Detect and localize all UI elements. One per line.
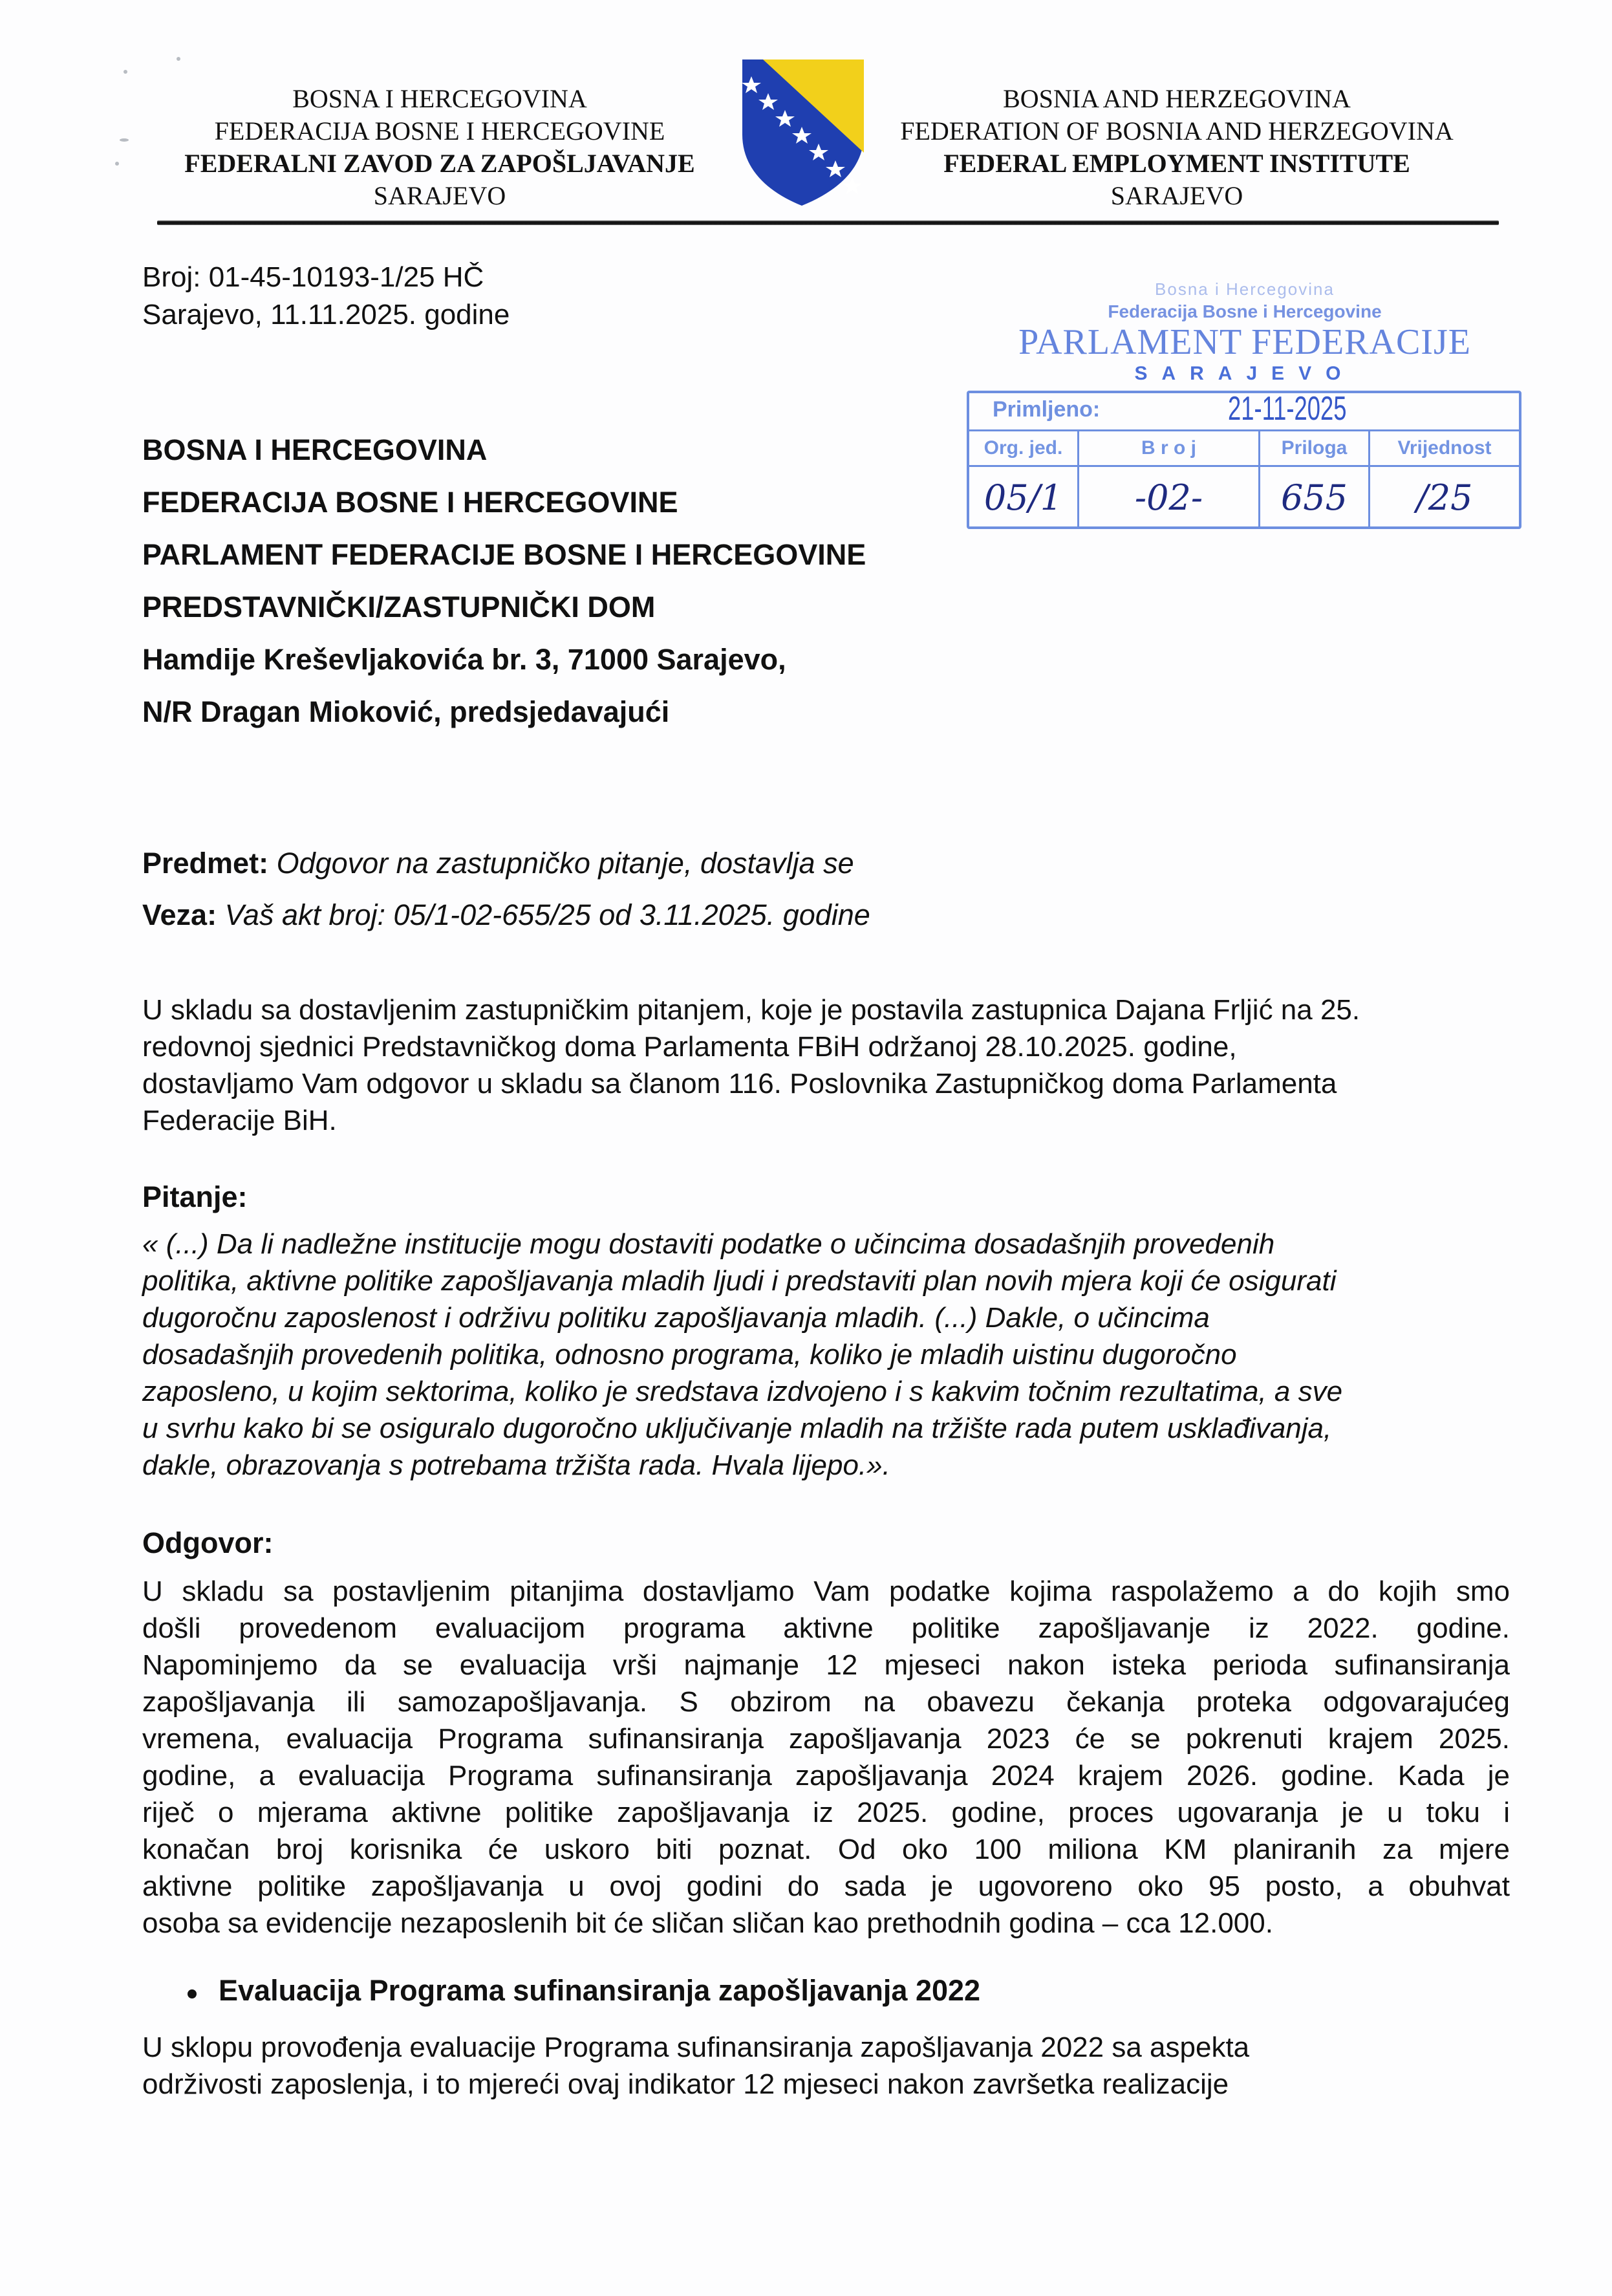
- text-line: zapošljavanja ili samozapošljavanja. S o…: [142, 1684, 1510, 1720]
- stamp-header-attachments: Priloga: [1260, 431, 1368, 467]
- text-line: politika, aktivne politike zapošljavanja…: [142, 1262, 1507, 1299]
- answer-paragraph: U skladu sa postavljenim pitanjima dosta…: [142, 1573, 1510, 1942]
- letterhead-right: BOSNIA AND HERZEGOVINA FEDERATION OF BOS…: [879, 83, 1474, 212]
- addressee-line: N/R Dragan Mioković, predsjedavajući: [142, 693, 866, 745]
- text-line: održivosti zaposlenja, i to mjereći ovaj…: [142, 2066, 1474, 2103]
- text-line: U skladu sa postavljenim pitanjima dosta…: [142, 1573, 1510, 1610]
- intro-paragraph: U skladu sa dostavljenim zastupničkim pi…: [142, 991, 1474, 1139]
- letterhead-left: BOSNA I HERCEGOVINA FEDERACIJA BOSNE I H…: [149, 83, 731, 212]
- section-heading: Evaluacija Programa sufinansiranja zapoš…: [188, 1974, 980, 2008]
- stamp-header-number: B r o j: [1079, 431, 1258, 467]
- letterhead-country: BOSNA I HERCEGOVINA: [149, 83, 731, 115]
- letterhead-institution: FEDERALNI ZAVOD ZA ZAPOŠLJAVANJE: [149, 147, 731, 180]
- stamp-value-number: -02-: [1079, 467, 1258, 526]
- addressee-line: Hamdije Kreševljakovića br. 3, 71000 Sar…: [142, 640, 866, 693]
- letterhead-city-en: SARAJEVO: [879, 180, 1474, 212]
- text-line: godine, a evaluacija Programa sufinansir…: [142, 1757, 1510, 1794]
- text-line: dakle, obrazovanja s potrebama tržišta r…: [142, 1447, 1507, 1484]
- text-line: konačan broj korisnika će uskoro biti po…: [142, 1831, 1510, 1868]
- text-line: dugoročnu zaposlenost i održivu politiku…: [142, 1299, 1507, 1336]
- received-stamp: Bosna i Hercegovina Federacija Bosne i H…: [967, 278, 1523, 529]
- subject-label: Predmet:: [142, 847, 268, 880]
- letterhead-federation: FEDERACIJA BOSNE I HERCEGOVINE: [149, 115, 731, 147]
- subject-text: Odgovor na zastupničko pitanje, dostavlj…: [268, 847, 854, 880]
- scan-artifact: [177, 57, 180, 61]
- text-line: U sklopu provođenja evaluacije Programa …: [142, 2029, 1474, 2066]
- stamp-value-attachments: 655: [1260, 467, 1368, 526]
- text-line: aktivne politike zapošljavanja u ovoj go…: [142, 1868, 1510, 1905]
- scan-artifact: [115, 162, 119, 166]
- text-line: « (...) Da li nadležne institucije mogu …: [142, 1226, 1507, 1262]
- stamp-received-date: 21-11-2025: [1228, 389, 1346, 428]
- section-heading-text: Evaluacija Programa sufinansiranja zapoš…: [219, 1974, 980, 2008]
- letterhead-divider: [157, 221, 1499, 225]
- reference-link-text: Vaš akt broj: 05/1-02-655/25 od 3.11.202…: [217, 898, 870, 931]
- text-line: osoba sa evidencije nezaposlenih bit će …: [142, 1905, 1510, 1942]
- scan-artifact: [124, 70, 127, 74]
- stamp-value-org: 05/1: [969, 467, 1077, 526]
- answer-heading: Odgovor:: [142, 1526, 273, 1560]
- stamp-city: SARAJEVO: [967, 361, 1523, 387]
- stamp-value-value: /25: [1370, 467, 1519, 526]
- reference-place-date: Sarajevo, 11.11.2025. godine: [142, 296, 510, 334]
- text-line: dosadašnjih provedenih politika, odnosno…: [142, 1336, 1507, 1373]
- text-line: u svrhu kako bi se osiguralo dugoročno u…: [142, 1410, 1507, 1447]
- stamp-parliament: PARLAMENT FEDERACIJE: [967, 323, 1523, 361]
- document-reference: Broj: 01-45-10193-1/25 HČ Sarajevo, 11.1…: [142, 259, 510, 334]
- stamp-received-label: Primljeno:: [993, 397, 1100, 422]
- bullet-icon: [188, 1989, 197, 1998]
- question-heading: Pitanje:: [142, 1180, 248, 1214]
- addressee-line: PARLAMENT FEDERACIJE BOSNE I HERCEGOVINE: [142, 536, 866, 588]
- text-line: Napominjemo da se evaluacija vrši najman…: [142, 1647, 1510, 1684]
- reference-link-line: Veza: Vaš akt broj: 05/1-02-655/25 od 3.…: [142, 896, 870, 935]
- addressee-block: BOSNA I HERCEGOVINA FEDERACIJA BOSNE I H…: [142, 431, 866, 745]
- text-line: zaposleno, u kojim sektorima, koliko je …: [142, 1373, 1507, 1410]
- letterhead-city: SARAJEVO: [149, 180, 731, 212]
- text-line: Federacije BiH.: [142, 1102, 1474, 1139]
- letterhead-institution-en: FEDERAL EMPLOYMENT INSTITUTE: [879, 147, 1474, 180]
- letterhead-federation-en: FEDERATION OF BOSNIA AND HERZEGOVINA: [879, 115, 1474, 147]
- text-line: vremena, evaluacija Programa sufinansira…: [142, 1720, 1510, 1757]
- subject-line: Predmet: Odgovor na zastupničko pitanje,…: [142, 844, 854, 883]
- stamp-table: Primljeno: 21-11-2025 Org. jed. 05/1 B r…: [967, 391, 1521, 529]
- question-paragraph: « (...) Da li nadležne institucije mogu …: [142, 1226, 1507, 1484]
- addressee-line: PREDSTAVNIČKI/ZASTUPNIČKI DOM: [142, 588, 866, 640]
- text-line: redovnoj sjednici Predstavničkog doma Pa…: [142, 1028, 1474, 1065]
- scan-artifact: [120, 138, 129, 142]
- stamp-country: Bosna i Hercegovina: [967, 278, 1523, 300]
- text-line: riječ o mjerama aktivne politike zapošlj…: [142, 1794, 1510, 1831]
- addressee-line: BOSNA I HERCEGOVINA: [142, 431, 866, 483]
- stamp-federation: Federacija Bosne i Hercegovine: [967, 300, 1523, 323]
- section-paragraph: U sklopu provođenja evaluacije Programa …: [142, 2029, 1474, 2103]
- text-line: došli provedenom evaluacijom programa ak…: [142, 1610, 1510, 1647]
- text-line: U skladu sa dostavljenim zastupničkim pi…: [142, 991, 1474, 1028]
- reference-link-label: Veza:: [142, 898, 217, 931]
- text-line: dostavljamo Vam odgovor u skladu sa član…: [142, 1065, 1474, 1102]
- letterhead-country-en: BOSNIA AND HERZEGOVINA: [879, 83, 1474, 115]
- addressee-line: FEDERACIJA BOSNE I HERCEGOVINE: [142, 483, 866, 536]
- bih-coat-of-arms-icon: [737, 57, 866, 207]
- stamp-header-value: Vrijednost: [1370, 431, 1519, 467]
- stamp-header-org: Org. jed.: [969, 431, 1077, 467]
- reference-number: Broj: 01-45-10193-1/25 HČ: [142, 259, 510, 296]
